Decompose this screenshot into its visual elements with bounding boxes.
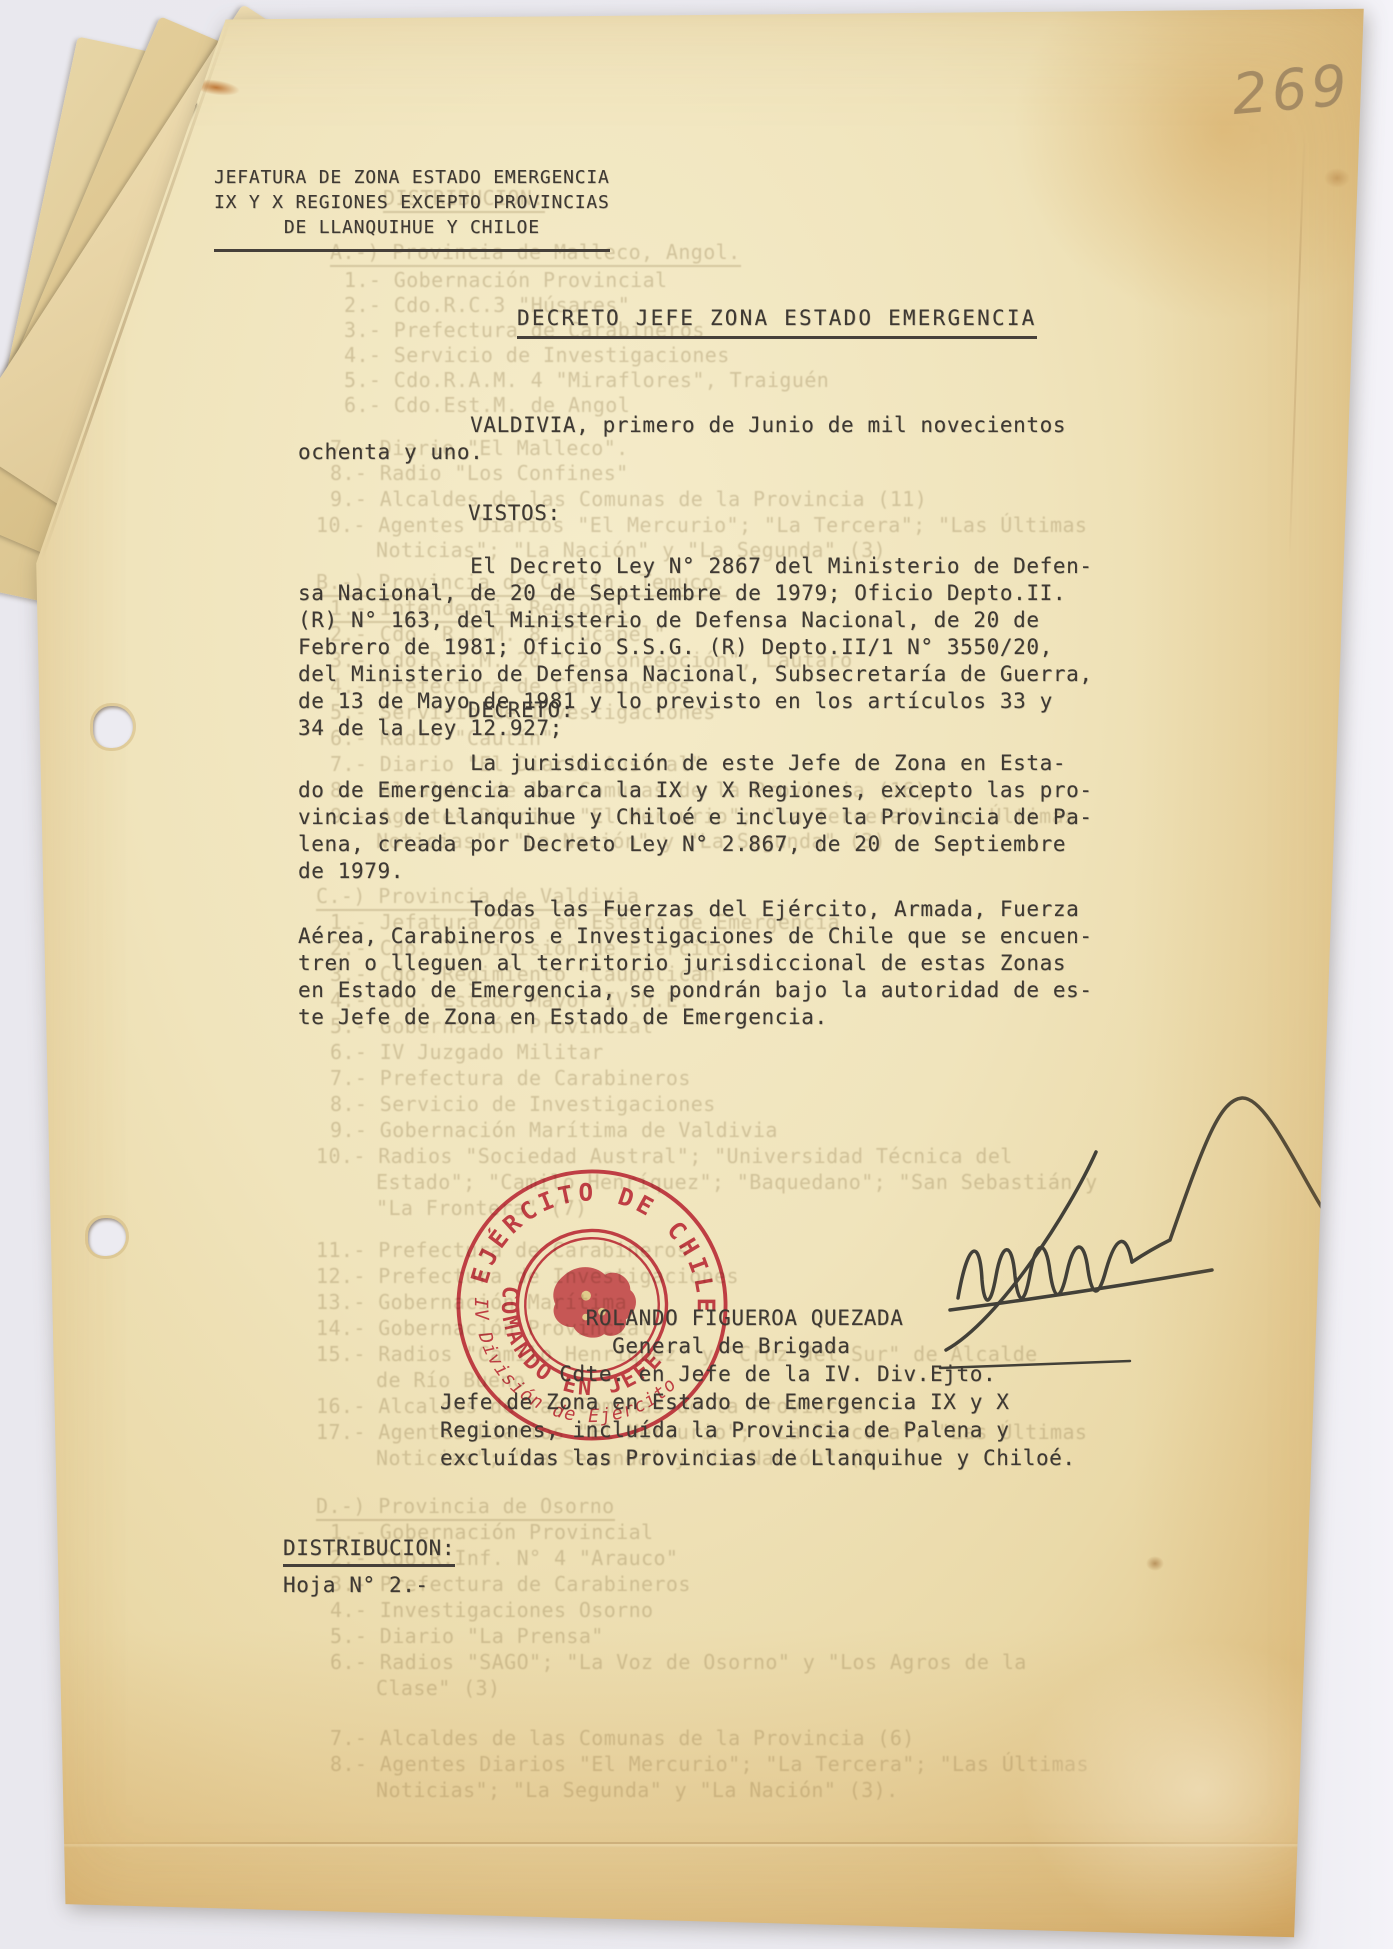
handwritten-page-number: 269 — [1229, 53, 1353, 128]
vistos-paragraph: El Decreto Ley N° 2867 del Ministerio de… — [298, 553, 1093, 742]
document-page: DISTRIBUCION:A.-) Provincia de Malleco, … — [0, 0, 1393, 1949]
ghost-line: 5.- Cdo.R.A.M. 4 "Miraflores", Traiguén — [344, 368, 829, 392]
ghost-line: 9.- Gobernación Marítima de Valdivia — [330, 1118, 778, 1142]
ghost-line: 7.- Prefectura de Carabineros — [330, 1066, 691, 1090]
scanner-background: DISTRIBUCION:A.-) Provincia de Malleco, … — [0, 0, 1393, 1949]
ghost-line: Clase" (3) — [376, 1676, 500, 1700]
decreto-paragraph-1: La jurisdicción de este Jefe de Zona en … — [298, 750, 1093, 885]
signature-block: ROLANDO FIGUEROA QUEZADA General de Brig… — [440, 1304, 1076, 1472]
ghost-line: 4.- Investigaciones Osorno — [330, 1598, 653, 1622]
ghost-line: 4.- Servicio de Investigaciones — [344, 343, 730, 367]
ghost-line: 8.- Agentes Diarios "El Mercurio"; "La T… — [330, 1752, 1089, 1776]
ghost-line: Noticias"; "La Segunda" y "La Nación" (3… — [376, 1778, 899, 1802]
ghost-line: 10.- Agentes Diarios "El Mercurio"; "La … — [316, 513, 1087, 537]
document-title: DECRETO JEFE ZONA ESTADO EMERGENCIA — [517, 305, 1037, 339]
decreto-paragraph-2: Todas las Fuerzas del Ejército, Armada, … — [298, 896, 1093, 1031]
ghost-line: 7.- Alcaldes de las Comunas de la Provin… — [330, 1726, 915, 1750]
rust-stain — [135, 86, 190, 115]
letterhead: JEFATURA DE ZONA ESTADO EMERGENCIA IX Y … — [214, 165, 610, 252]
ghost-line: 6.- Radios "SAGO"; "La Voz de Osorno" y … — [330, 1650, 1027, 1674]
ghost-line: 1.- Gobernación Provincial — [344, 268, 667, 292]
ghost-line: 6.- IV Juzgado Militar — [330, 1040, 604, 1064]
dateline: VALDIVIA, primero de Junio de mil noveci… — [298, 412, 1066, 466]
vistos-label: VISTOS: — [468, 500, 561, 527]
ghost-line: 8.- Servicio de Investigaciones — [330, 1092, 716, 1116]
distribution-label: DISTRIBUCION: — [283, 1535, 455, 1567]
decreto-label: DECRETO: — [468, 697, 574, 724]
distribution-sheet: Hoja N° 2.- — [283, 1572, 429, 1599]
ghost-line: D.-) Provincia de Osorno — [316, 1494, 615, 1521]
ghost-line: 5.- Diario "La Prensa" — [330, 1624, 604, 1648]
ghost-line: 9.- Alcaldes de las Comunas de la Provin… — [330, 487, 927, 511]
